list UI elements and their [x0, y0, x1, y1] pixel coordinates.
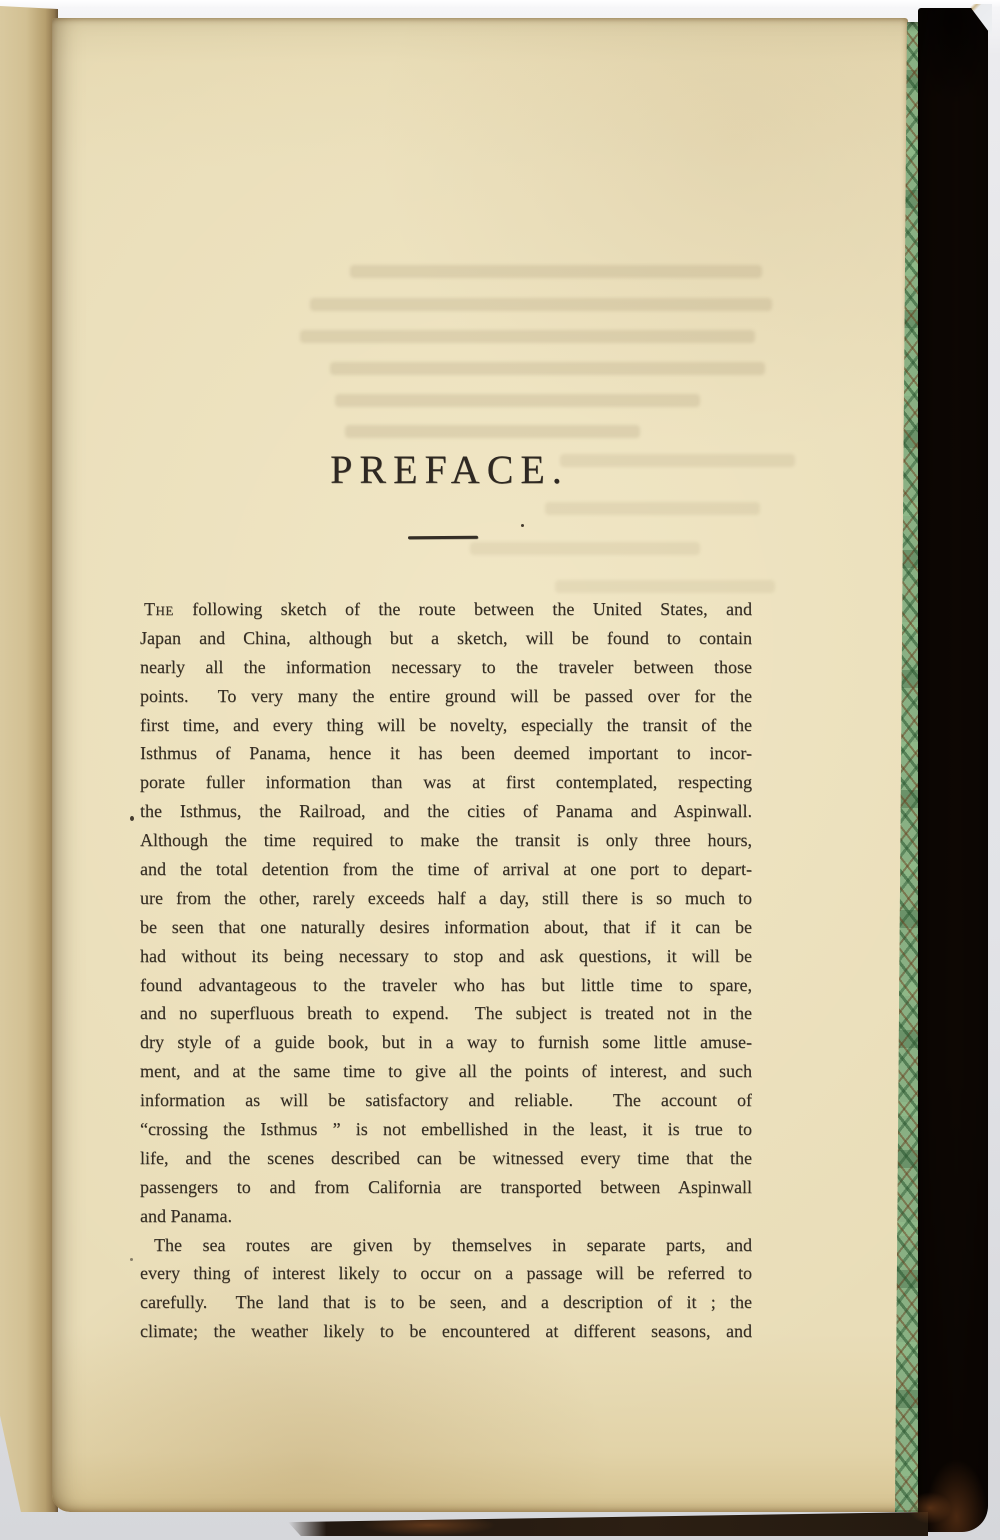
text-line: and no superfluous breath to expend. The…: [140, 999, 752, 1028]
text-line: The following sketch of the route betwee…: [140, 595, 752, 624]
text-line: Although the time required to make the t…: [140, 826, 752, 855]
show-through-line: [350, 265, 762, 278]
text-line: porate fuller information than was at fi…: [140, 768, 752, 797]
text-line: first time, and every thing will be nove…: [140, 711, 752, 740]
lead-small-caps: The: [144, 599, 174, 619]
rust-stain: [900, 1486, 960, 1530]
title-divider-rule: [408, 536, 478, 539]
show-through-line: [470, 542, 700, 555]
show-through-line: [335, 394, 700, 407]
text-line: every thing of interest likely to occur …: [140, 1259, 752, 1288]
leather-spine-edge: [918, 8, 988, 1532]
book-photo: { "page": { "title": "PREFACE.", "paragr…: [0, 0, 1000, 1540]
text-line: had without its being necessary to stop …: [140, 942, 752, 971]
text-line: points. To very many the entire ground w…: [140, 682, 752, 711]
text-line: be seen that one naturally desires infor…: [140, 913, 752, 942]
ink-speck: [130, 1258, 133, 1261]
text-line: nearly all the information necessary to …: [140, 653, 752, 682]
facing-page-edge: [0, 6, 58, 1512]
text-line: The sea routes are given by themselves i…: [140, 1231, 752, 1260]
show-through-line: [555, 580, 775, 593]
text-column: The following sketch of the route betwee…: [140, 595, 752, 1346]
text-line: information as will be satisfactory and …: [140, 1086, 752, 1115]
show-through-line: [330, 362, 765, 375]
text-line: ment, and at the same time to give all t…: [140, 1057, 752, 1086]
text-line: and the total detention from the time of…: [140, 855, 752, 884]
text-line: climate; the weather likely to be encoun…: [140, 1317, 752, 1346]
text-line: “crossing the Isthmus ” is not embellish…: [140, 1115, 752, 1144]
text-line: Isthmus of Panama, hence it has been dee…: [140, 739, 752, 768]
ink-speck: [521, 524, 524, 527]
text-line: the Isthmus, the Railroad, and the citie…: [140, 797, 752, 826]
text-line: Japan and China, although but a sketch, …: [140, 624, 752, 653]
show-through-line: [310, 298, 772, 311]
page-title: PREFACE.: [140, 446, 752, 493]
ink-speck: [130, 816, 134, 821]
text-line: and Panama.: [140, 1202, 752, 1231]
show-through-line: [545, 502, 760, 515]
text-line: passengers to and from California are tr…: [140, 1173, 752, 1202]
text-line: life, and the scenes described can be wi…: [140, 1144, 752, 1173]
text-line: dry style of a guide book, but in a way …: [140, 1028, 752, 1057]
book-page: PREFACE. The following sketch of the rou…: [52, 18, 908, 1512]
text-line: found advantageous to the traveler who h…: [140, 971, 752, 1000]
show-through-line: [345, 425, 640, 438]
text-line: ure from the other, rarely exceeds half …: [140, 884, 752, 913]
cover-bottom-edge: [288, 1512, 928, 1536]
text-line: carefully. The land that is to be seen, …: [140, 1288, 752, 1317]
show-through-line: [300, 330, 755, 343]
